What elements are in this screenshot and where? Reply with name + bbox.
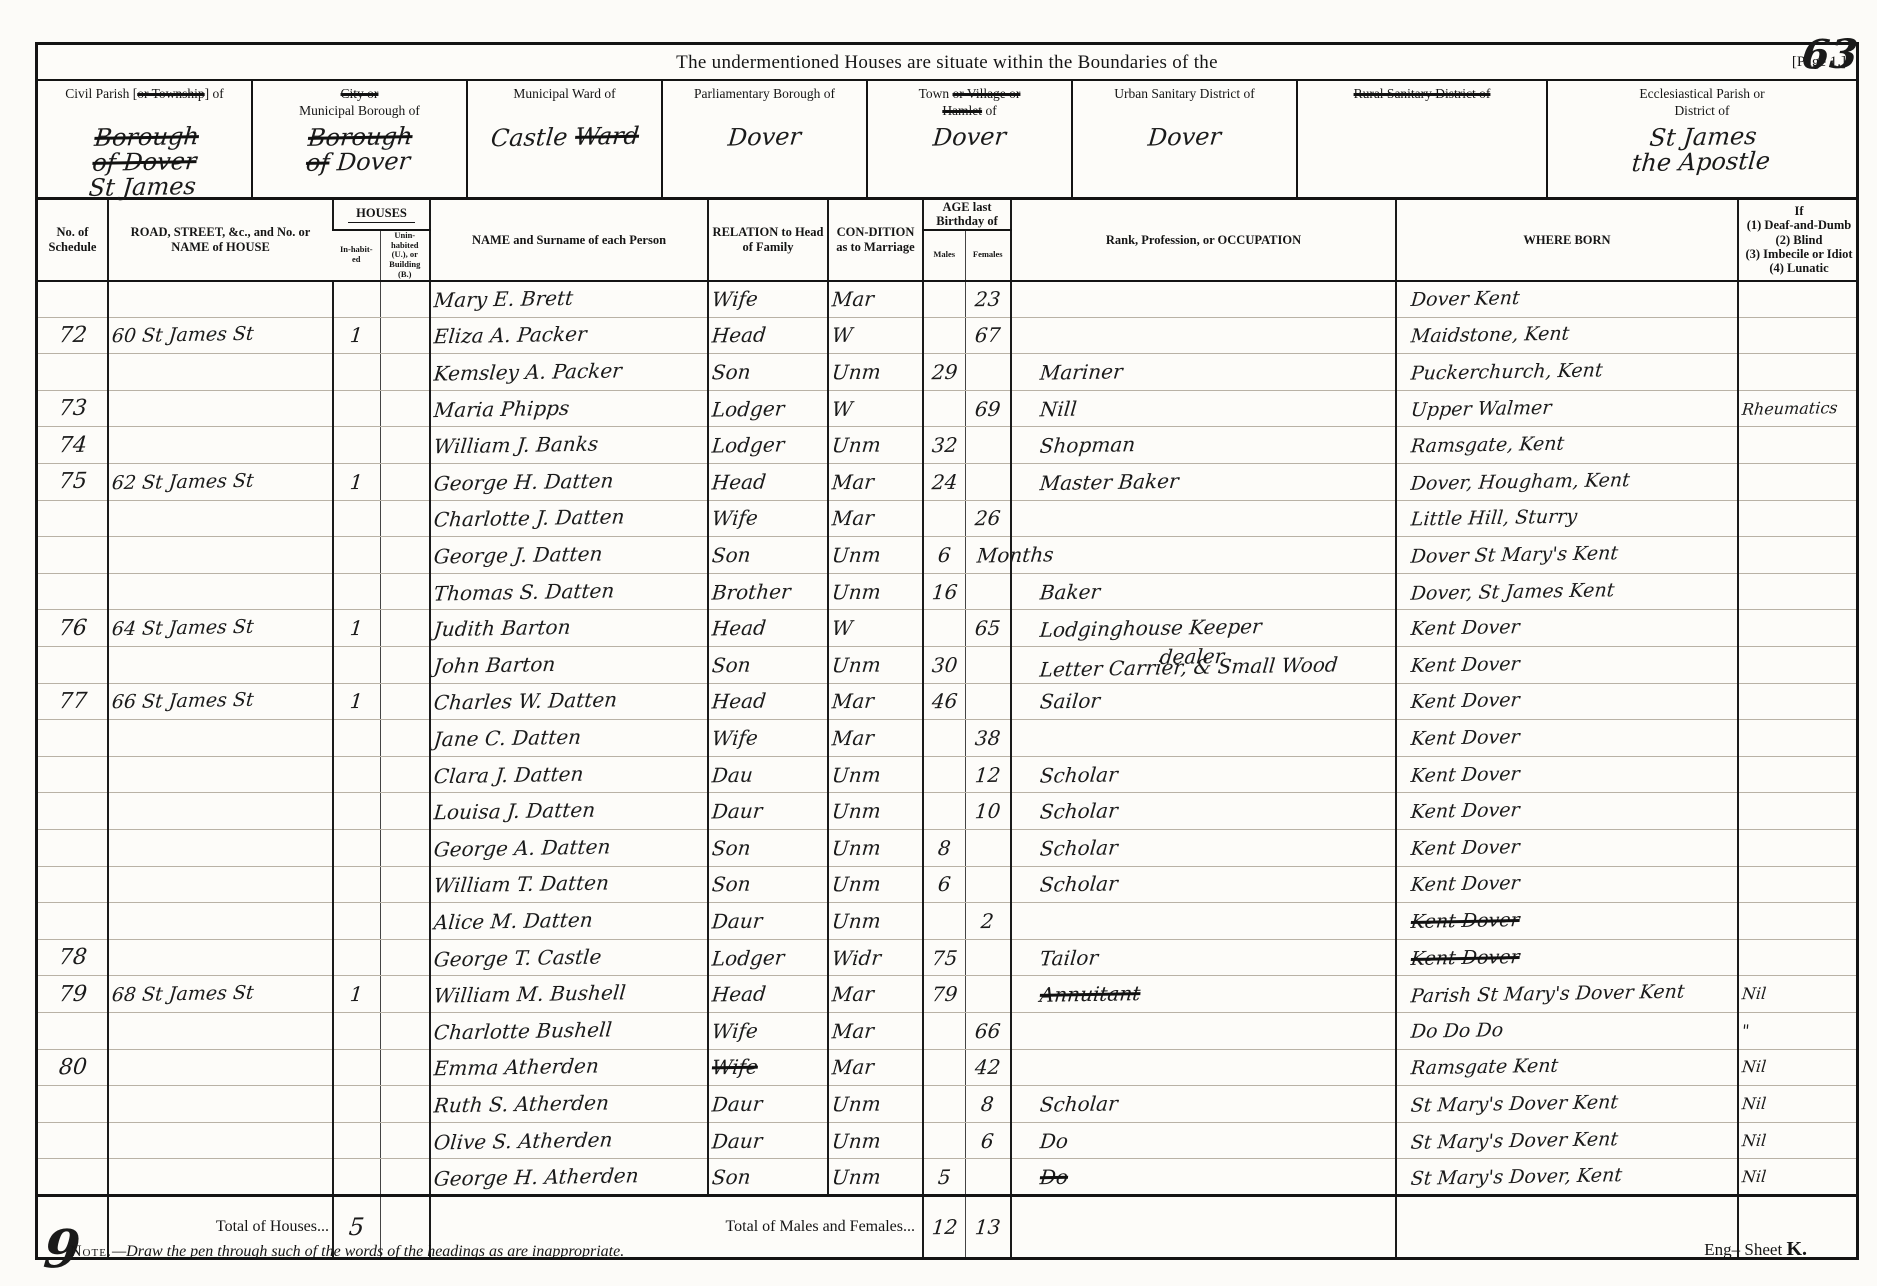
cell-road — [108, 756, 333, 793]
cell-infirmity — [1738, 427, 1856, 464]
cell-uninhabited — [380, 756, 430, 793]
cell-name: George A. Datten — [430, 829, 708, 866]
handwritten-value: Unm — [831, 1128, 882, 1153]
handwritten-value: Kent Dover — [1410, 653, 1521, 677]
handwritten-value: Upper Walmer — [1410, 396, 1553, 420]
table-row: Ruth S. AtherdenDaurUnm8ScholarSt Mary's… — [38, 1086, 1856, 1123]
header-occupation: Rank, Profession, or OCCUPATION — [1011, 200, 1396, 281]
cell-schedule — [38, 756, 108, 793]
cell-infirmity — [1738, 281, 1856, 318]
cell-where-born: Kent Dover — [1396, 647, 1738, 684]
handwritten-value: Unm — [831, 762, 882, 787]
loc-value: Dover — [727, 124, 802, 150]
cell-age-male — [923, 903, 965, 940]
cell-infirmity — [1738, 903, 1856, 940]
handwritten-value: 65 — [974, 616, 1002, 640]
cell-road — [108, 647, 333, 684]
cell-road: 60 St James St — [108, 317, 333, 354]
cell-uninhabited — [380, 1159, 430, 1196]
cell-road — [108, 829, 333, 866]
cell-relation: Son — [708, 829, 828, 866]
handwritten-value: Son — [711, 360, 752, 385]
handwritten-value: 24 — [930, 470, 958, 494]
cell-occupation: Nill — [1011, 390, 1396, 427]
cell-occupation — [1011, 1012, 1396, 1049]
handwritten-value: 6 — [937, 543, 952, 567]
cell-occupation: Sailor — [1011, 683, 1396, 720]
handwritten-value: Months — [975, 542, 1054, 567]
cell-schedule — [38, 1012, 108, 1049]
cell-occupation: Scholar — [1011, 756, 1396, 793]
cell-road: 64 St James St — [108, 610, 333, 647]
loc-column-urban-sanitary-district: Urban Sanitary District ofDover — [1073, 81, 1298, 197]
cell-name: Louisa J. Datten — [430, 793, 708, 830]
text: St James — [88, 172, 198, 202]
handwritten-value: Mar — [831, 1018, 875, 1043]
text: Dover — [329, 147, 412, 176]
table-row: George H. AtherdenSonUnm5DoSt Mary's Dov… — [38, 1159, 1856, 1196]
header-schedule: No. of Schedule — [38, 200, 108, 281]
handwritten-value: Unm — [831, 543, 882, 568]
text: Dover — [1147, 122, 1223, 151]
cell-infirmity — [1738, 573, 1856, 610]
handwritten-value: Dau — [711, 762, 754, 787]
table-row: Kemsley A. PackerSonUnm29MarinerPuckerch… — [38, 354, 1856, 391]
cell-inhabited — [333, 829, 380, 866]
cell-schedule: 78 — [38, 939, 108, 976]
cell-name: Charlotte J. Datten — [430, 500, 708, 537]
handwritten-value: 6 — [980, 1128, 995, 1152]
cell-uninhabited — [380, 720, 430, 757]
cell-uninhabited — [380, 317, 430, 354]
struck-text: of Dover — [91, 147, 198, 177]
cell-uninhabited — [380, 829, 430, 866]
handwritten-value: 23 — [974, 287, 1002, 311]
cell-schedule — [38, 354, 108, 391]
loc-column-civil-parish: Civil Parish [or Township] ofBoroughof D… — [38, 81, 253, 197]
cell-where-born: Kent Dover — [1396, 683, 1738, 720]
cell-condition: Mar — [828, 720, 923, 757]
cell-occupation: Lodginghouse Keeper — [1011, 610, 1396, 647]
handwritten-value: 29 — [930, 360, 958, 384]
cell-age-male: 5 — [923, 1159, 965, 1196]
struck-text: or Township — [137, 86, 204, 101]
handwritten-value: Dover, St James Kent — [1410, 579, 1615, 605]
cell-age-male — [923, 1012, 965, 1049]
cell-condition: W — [828, 610, 923, 647]
cell-road — [108, 390, 333, 427]
text: Dover — [932, 122, 1008, 151]
cell-inhabited — [333, 1159, 380, 1196]
handwritten-value: Unm — [831, 652, 882, 677]
handwritten-value: 75 — [57, 469, 87, 494]
cell-age-male: 46 — [923, 683, 965, 720]
cell-age-male — [923, 281, 965, 318]
cell-relation: Son — [708, 537, 828, 574]
cell-relation: Son — [708, 1159, 828, 1196]
table-row: 7766 St James St1Charles W. DattenHeadMa… — [38, 683, 1856, 720]
handwritten-value: Wife — [711, 1055, 759, 1080]
handwritten-value: Son — [711, 872, 752, 897]
cell-age-female — [965, 573, 1011, 610]
cell-name: Eliza A. Packer — [430, 317, 708, 354]
handwritten-value: Master Baker — [1039, 469, 1180, 495]
handwritten-value: Clara J. Datten — [433, 761, 585, 788]
cell-inhabited — [333, 354, 380, 391]
cell-condition: Unm — [828, 427, 923, 464]
cell-occupation: Mariner — [1011, 354, 1396, 391]
handwritten-value: Do Do Do — [1410, 1019, 1504, 1043]
cell-infirmity: Nil — [1738, 976, 1856, 1013]
handwritten-value: Annuitant — [1039, 981, 1142, 1007]
cell-occupation: Scholar — [1011, 1086, 1396, 1123]
handwritten-value: George A. Datten — [433, 834, 612, 861]
loc-label: Rural Sanitary District of — [1298, 86, 1546, 122]
cell-condition: W — [828, 390, 923, 427]
table-row: Olive S. AtherdenDaurUnm6DoSt Mary's Dov… — [38, 1122, 1856, 1159]
cell-inhabited — [333, 720, 380, 757]
table-row: 7968 St James St1William M. BushellHeadM… — [38, 976, 1856, 1013]
handwritten-value: 12 — [974, 762, 1002, 786]
cell-uninhabited — [380, 647, 430, 684]
cell-where-born: Ramsgate, Kent — [1396, 427, 1738, 464]
handwritten-value: Kent Dover — [1410, 836, 1521, 860]
cell-inhabited — [333, 903, 380, 940]
cell-inhabited — [333, 390, 380, 427]
handwritten-value: Son — [711, 652, 752, 677]
cell-where-born: Dover, Hougham, Kent — [1396, 464, 1738, 501]
handwritten-value: Charles W. Datten — [433, 688, 618, 715]
table-row: 73Maria PhippsLodgerW69NillUpper WalmerR… — [38, 390, 1856, 427]
handwritten-value: Mar — [831, 469, 875, 494]
handwritten-value: Head — [711, 689, 767, 714]
handwritten-value: 1 — [349, 470, 364, 494]
cell-road — [108, 903, 333, 940]
cell-age-male — [923, 610, 965, 647]
cell-age-female: 2 — [965, 903, 1011, 940]
cell-name: William T. Datten — [430, 866, 708, 903]
loc-label: Town or Village orHamlet of — [868, 86, 1071, 122]
loc-value: Dover — [932, 124, 1007, 150]
handwritten-value: Letter Carrier, & Small Wood — [1039, 652, 1339, 681]
cell-occupation — [1011, 537, 1396, 574]
cell-age-female — [965, 976, 1011, 1013]
table-row: George J. DattenSonUnm6MonthsDover St Ma… — [38, 537, 1856, 574]
cell-road: 66 St James St — [108, 683, 333, 720]
cell-age-male — [923, 1049, 965, 1086]
handwritten-value: Kemsley A. Packer — [433, 358, 623, 385]
loc-label: Municipal Ward of — [468, 86, 661, 122]
text: District of — [1674, 103, 1729, 118]
cell-age-male — [923, 793, 965, 830]
cell-relation: Son — [708, 354, 828, 391]
cell-uninhabited — [380, 976, 430, 1013]
cell-name: Charlotte Bushell — [430, 1012, 708, 1049]
cell-uninhabited — [380, 281, 430, 318]
totals-houses-value: 5 — [348, 1213, 366, 1241]
handwritten-value: 68 St James St — [111, 982, 255, 1006]
handwritten-value: Dover, Hougham, Kent — [1410, 469, 1631, 495]
cell-age-male: 8 — [923, 829, 965, 866]
table-row: Louisa J. DattenDaurUnm10ScholarKent Dov… — [38, 793, 1856, 830]
cell-where-born: Dover, St James Kent — [1396, 573, 1738, 610]
cell-uninhabited — [380, 390, 430, 427]
loc-label: Civil Parish [or Township] of — [38, 86, 251, 122]
cell-infirmity — [1738, 939, 1856, 976]
handwritten-value: Mar — [831, 287, 875, 312]
cell-uninhabited — [380, 427, 430, 464]
handwritten-value: 66 St James St — [111, 689, 255, 713]
handwritten-value: George T. Castle — [433, 944, 603, 971]
loc-label: Urban Sanitary District of — [1073, 86, 1296, 122]
cell-road — [108, 720, 333, 757]
sheet-label: Eng– Sheet K. — [1704, 1238, 1807, 1261]
cell-age-female — [965, 427, 1011, 464]
handwritten-value: 46 — [930, 689, 958, 713]
handwritten-value: George H. Datten — [433, 468, 615, 495]
cell-age-male: 30 — [923, 647, 965, 684]
cell-name: William J. Banks — [430, 427, 708, 464]
cell-uninhabited — [380, 354, 430, 391]
cell-inhabited — [333, 866, 380, 903]
handwritten-value: 38 — [974, 726, 1002, 750]
cell-road: 68 St James St — [108, 976, 333, 1013]
cell-where-born: Little Hill, Sturry — [1396, 500, 1738, 537]
handwritten-value: Unm — [831, 433, 882, 458]
cell-inhabited — [333, 1122, 380, 1159]
totals-females-cell: 13 — [965, 1195, 1011, 1257]
handwritten-value: 6 — [937, 872, 952, 896]
cell-where-born: Kent Dover — [1396, 829, 1738, 866]
cell-condition: Mar — [828, 500, 923, 537]
cell-age-female — [965, 866, 1011, 903]
cell-age-female — [965, 464, 1011, 501]
handwritten-value: Nil — [1741, 1130, 1767, 1149]
handwritten-value: Daur — [711, 1091, 764, 1116]
cell-relation: Wife — [708, 1049, 828, 1086]
cell-age-male: 32 — [923, 427, 965, 464]
cell-inhabited: 1 — [333, 976, 380, 1013]
loc-column-parliamentary-borough: Parliamentary Borough ofDover — [663, 81, 868, 197]
cell-relation: Brother — [708, 573, 828, 610]
cell-occupation: Scholar — [1011, 829, 1396, 866]
cell-relation: Son — [708, 647, 828, 684]
cell-inhabited: 1 — [333, 317, 380, 354]
table-row: Charlotte BushellWifeMar66Do Do Do" — [38, 1012, 1856, 1049]
handwritten-value: Mar — [831, 506, 875, 531]
handwritten-value: Wife — [711, 726, 759, 751]
cell-age-female: 8 — [965, 1086, 1011, 1123]
cell-schedule — [38, 647, 108, 684]
cell-occupation: Tailor — [1011, 939, 1396, 976]
cell-infirmity: Nil — [1738, 1122, 1856, 1159]
handwritten-value: Ramsgate Kent — [1410, 1055, 1559, 1080]
cell-age-male — [923, 720, 965, 757]
cell-condition: Unm — [828, 1122, 923, 1159]
totals-occupation-cell — [1011, 1195, 1396, 1257]
handwritten-value: Lodger — [711, 433, 786, 458]
handwritten-value: Head — [711, 982, 767, 1007]
cell-relation: Daur — [708, 1122, 828, 1159]
cell-age-female — [965, 683, 1011, 720]
cell-condition: Mar — [828, 1049, 923, 1086]
cell-age-female: 65 — [965, 610, 1011, 647]
handwritten-value: Tailor — [1039, 945, 1099, 970]
handwritten-value: 10 — [974, 799, 1002, 823]
handwritten-value: W — [831, 323, 854, 347]
cell-relation: Wife — [708, 1012, 828, 1049]
handwritten-value: 79 — [57, 981, 87, 1006]
cell-where-born: Kent Dover — [1396, 939, 1738, 976]
handwritten-value: Do — [1039, 1164, 1069, 1188]
handwritten-value: Maria Phipps — [433, 395, 571, 421]
table-row: George A. DattenSonUnm8ScholarKent Dover — [38, 829, 1856, 866]
cell-name: Charles W. Datten — [430, 683, 708, 720]
handwritten-value: Puckerchurch, Kent — [1410, 359, 1604, 384]
text: Urban Sanitary District of — [1114, 86, 1255, 101]
cell-where-born: St Mary's Dover, Kent — [1396, 1159, 1738, 1196]
totals-males-value: 12 — [930, 1215, 958, 1239]
cell-condition: Mar — [828, 683, 923, 720]
cell-condition: W — [828, 317, 923, 354]
handwritten-value: 1 — [349, 982, 364, 1006]
handwritten-value: Scholar — [1039, 835, 1119, 860]
totals-males-cell: 12 — [923, 1195, 965, 1257]
handwritten-value: Unm — [831, 1092, 882, 1117]
cell-condition: Unm — [828, 866, 923, 903]
cell-relation: Wife — [708, 281, 828, 318]
cell-where-born: Kent Dover — [1396, 903, 1738, 940]
handwritten-value: John Barton — [433, 652, 557, 678]
struck-text: City or — [341, 86, 379, 101]
header-inhabited: In-habit-ed — [333, 230, 380, 281]
handwritten-value: St Mary's Dover Kent — [1410, 1091, 1619, 1117]
cell-condition: Unm — [828, 793, 923, 830]
cell-schedule: 76 — [38, 610, 108, 647]
cell-schedule — [38, 500, 108, 537]
form-box: 63 The undermentioned Houses are situate… — [35, 42, 1859, 1260]
cell-schedule — [38, 537, 108, 574]
cell-schedule — [38, 720, 108, 757]
cell-relation: Head — [708, 683, 828, 720]
struck-text: of — [305, 149, 331, 177]
cell-schedule: 79 — [38, 976, 108, 1013]
cell-infirmity — [1738, 829, 1856, 866]
handwritten-value: Unm — [831, 872, 882, 897]
handwritten-value: 1 — [349, 689, 364, 713]
cell-name: John Barton — [430, 647, 708, 684]
header-females: Females — [965, 230, 1011, 281]
cell-age-male: 6 — [923, 866, 965, 903]
cell-age-male — [923, 756, 965, 793]
cell-relation: Head — [708, 317, 828, 354]
cell-occupation — [1011, 1049, 1396, 1086]
cell-inhabited — [333, 1012, 380, 1049]
handwritten-value: Dover St Mary's Kent — [1410, 542, 1619, 568]
cell-condition: Unm — [828, 1086, 923, 1123]
cell-name: George H. Datten — [430, 464, 708, 501]
handwritten-value: William M. Bushell — [433, 980, 627, 1007]
handwritten-value: Kent Dover — [1410, 799, 1521, 823]
cell-occupation: dealerLetter Carrier, & Small Wood — [1011, 647, 1396, 684]
census-table-body: Mary E. BrettWifeMar23Dover Kent7260 St … — [38, 281, 1856, 1196]
table-header: No. of Schedule ROAD, STREET, &c., and N… — [38, 200, 1856, 281]
cell-infirmity — [1738, 354, 1856, 391]
text: Ecclesiastical Parish or — [1639, 86, 1764, 101]
cell-name: Alice M. Datten — [430, 903, 708, 940]
handwritten-value: 5 — [937, 1165, 952, 1189]
handwritten-value: Alice M. Datten — [433, 908, 594, 935]
handwritten-value: 74 — [57, 433, 87, 458]
cell-inhabited — [333, 756, 380, 793]
cell-schedule — [38, 903, 108, 940]
header-houses-label: HOUSES — [348, 206, 415, 222]
table-row: Clara J. DattenDauUnm12ScholarKent Dover — [38, 756, 1856, 793]
cell-schedule: 72 — [38, 317, 108, 354]
cell-road — [108, 573, 333, 610]
table-row: Charlotte J. DattenWifeMar26Little Hill,… — [38, 500, 1856, 537]
handwritten-value: Wife — [711, 506, 759, 531]
cell-infirmity — [1738, 464, 1856, 501]
handwritten-value: Daur — [711, 1128, 764, 1153]
loc-value: Boroughof Dover — [305, 124, 414, 176]
handwritten-value: Scholar — [1039, 762, 1119, 787]
cell-schedule: 75 — [38, 464, 108, 501]
handwritten-value: 8 — [937, 836, 952, 860]
cell-condition: Unm — [828, 573, 923, 610]
cell-age-female: 66 — [965, 1012, 1011, 1049]
cell-where-born: Do Do Do — [1396, 1012, 1738, 1049]
cell-infirmity — [1738, 866, 1856, 903]
cell-inhabited — [333, 537, 380, 574]
handwritten-value: 73 — [57, 396, 87, 421]
cell-age-female: 6 — [965, 1122, 1011, 1159]
cell-condition: Mar — [828, 1012, 923, 1049]
table-row: Jane C. DattenWifeMar38Kent Dover — [38, 720, 1856, 757]
cell-occupation: Baker — [1011, 573, 1396, 610]
cell-name: Emma Atherden — [430, 1049, 708, 1086]
cell-where-born: Puckerchurch, Kent — [1396, 354, 1738, 391]
cell-schedule — [38, 829, 108, 866]
cell-where-born: Dover Kent — [1396, 281, 1738, 318]
handwritten-value: 67 — [974, 323, 1002, 347]
handwritten-value: W — [831, 396, 854, 420]
cell-where-born: St Mary's Dover Kent — [1396, 1122, 1738, 1159]
cell-uninhabited — [380, 939, 430, 976]
cell-infirmity — [1738, 317, 1856, 354]
cell-occupation: Annuitant — [1011, 976, 1396, 1013]
cell-age-female: Months — [965, 537, 1011, 574]
cell-name: Kemsley A. Packer — [430, 354, 708, 391]
cell-age-male: 16 — [923, 573, 965, 610]
cell-road — [108, 793, 333, 830]
header-uninhabited: Unin-habited (U.), or Building (B.) — [380, 230, 430, 281]
cell-age-male: 29 — [923, 354, 965, 391]
cell-road — [108, 939, 333, 976]
cell-condition: Widr — [828, 939, 923, 976]
cell-age-male — [923, 390, 965, 427]
cell-infirmity: " — [1738, 1012, 1856, 1049]
table-row: 7664 St James St1Judith BartonHeadW65Lod… — [38, 610, 1856, 647]
cell-age-female — [965, 647, 1011, 684]
cell-occupation: Do — [1011, 1122, 1396, 1159]
loc-value: Boroughof DoverSt James — [88, 124, 202, 201]
handwritten-value: Lodger — [711, 945, 786, 970]
table-row: 7562 St James St1George H. DattenHeadMar… — [38, 464, 1856, 501]
cell-schedule — [38, 1122, 108, 1159]
cell-name: George T. Castle — [430, 939, 708, 976]
cell-age-female — [965, 354, 1011, 391]
